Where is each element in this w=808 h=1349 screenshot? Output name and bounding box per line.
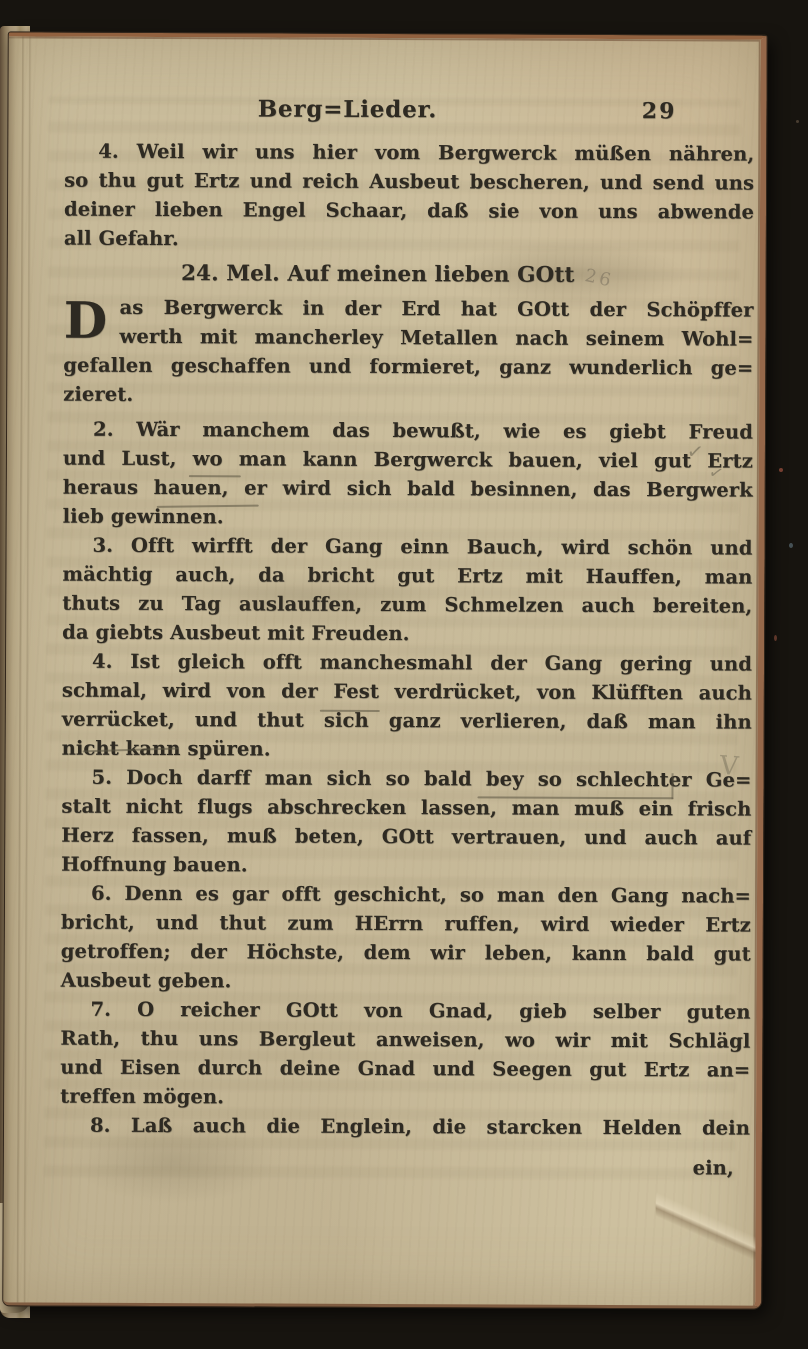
verse-lines: 3. Offt wirfft der Gang einn Bauch, wird… [62, 531, 752, 650]
verse-lines: 7. O reicher GOtt von Gnad, gieb selber … [60, 995, 750, 1114]
verse-lines: 6. Denn es gar offt geschicht, so man de… [61, 879, 751, 998]
handwritten-note: 26 [582, 261, 617, 296]
verse-lines: 4. Ist gleich offt manchesmahl der Gang … [62, 647, 752, 766]
hymn-stanza-4: 4. Ist gleich offt manchesmahl der Gang … [62, 647, 752, 766]
hymn-stanza-2: 2. Wär manchem das bewußt, wie es giebt … [63, 415, 753, 534]
verse-lines: as Bergwerck in der Erd hat GOtt der Sch… [63, 293, 753, 412]
verse-lines: 2. Wär manchem das bewußt, wie es giebt … [63, 415, 753, 534]
dust-speck [789, 543, 793, 548]
dust-speck [796, 120, 799, 123]
catchword: ein, [693, 1156, 734, 1179]
running-title: Berg=Lieder. [64, 95, 630, 124]
verse-lines: 8. Laß auch die Englein, die starcken He… [60, 1111, 750, 1143]
preceding-song-verse: 4. Weil wir uns hier vom Bergwerck müßen… [64, 137, 754, 256]
hymn-stanza-3: 3. Offt wirfft der Gang einn Bauch, wird… [62, 531, 752, 650]
scan-background: Berg=Lieder. 29 4. Weil wir uns hier vom… [0, 0, 808, 1349]
binding-edge-shadow [3, 36, 49, 1302]
dust-speck [779, 468, 783, 472]
song-heading: 24. Mel. Auf meinen lieben GOtt 26 [64, 259, 754, 292]
verse-lines: 4. Weil wir uns hier vom Bergwerck müßen… [64, 137, 754, 256]
dust-speck [774, 635, 777, 641]
hymn-stanza-7: 7. O reicher GOtt von Gnad, gieb selber … [60, 995, 750, 1114]
hymn-stanza-8: 8. Laß auch die Englein, die starcken He… [60, 1111, 750, 1143]
book-page: Berg=Lieder. 29 4. Weil wir uns hier vom… [3, 32, 767, 1308]
catchword-row: ein, [60, 1151, 750, 1183]
dropcap-initial: D [59, 295, 111, 351]
hymn-stanza-6: 6. Denn es gar offt geschicht, so man de… [61, 879, 751, 998]
page-number: 29 [642, 98, 677, 124]
page-header: Berg=Lieder. 29 [64, 95, 754, 128]
song-number-and-melody: 24. Mel. Auf meinen lieben GOtt [181, 261, 575, 288]
verse-lines: 5. Doch darff man sich so bald bey so sc… [61, 763, 751, 882]
text-block: Berg=Lieder. 29 4. Weil wir uns hier vom… [60, 95, 755, 1183]
hymn-stanza-5: 5. Doch darff man sich so bald bey so sc… [61, 763, 751, 882]
hymn-stanza-1: D as Bergwerck in der Erd hat GOtt der S… [63, 293, 753, 412]
